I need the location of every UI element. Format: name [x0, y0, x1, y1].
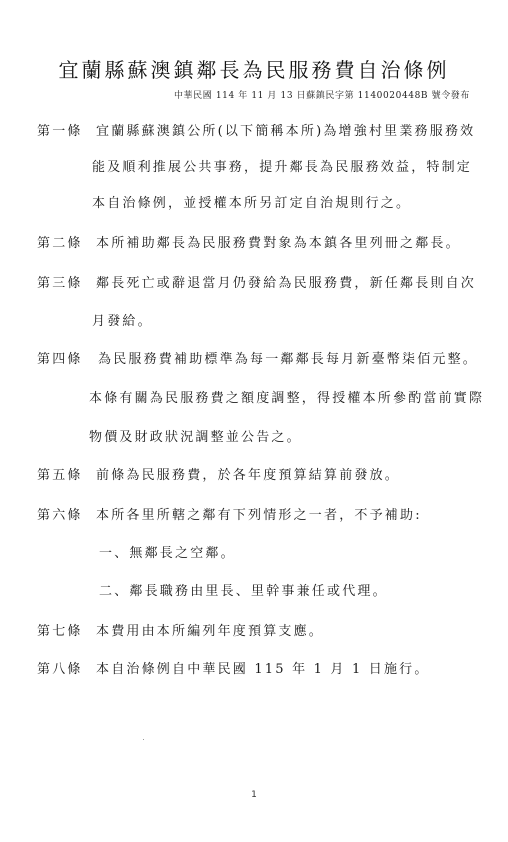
article-4-line-1: 為民服務費補助標準為每一鄰鄰長每月新臺幣柒佰元整。 [98, 352, 478, 368]
article-3-label: 第三條 [37, 276, 83, 292]
article-3-line-2: 月發給。 [92, 314, 153, 330]
article-1-line-1: 宜蘭縣蘇澳鎮公所(以下簡稱本所)為增強村里業務服務效 [96, 124, 475, 140]
article-3-line-1: 鄰長死亡或辭退當月仍發給為民服務費，新任鄰長則自次 [96, 276, 476, 292]
article-2-label: 第二條 [37, 236, 83, 252]
article-1-line-3: 本自治條例，並授權本所另訂定自治規則行之。 [92, 196, 411, 212]
document-page: 宜蘭縣蘇澳鎮鄰長為民服務費自治條例 中華民國 114 年 11 月 13 日蘇鎮… [0, 0, 508, 842]
article-5-label: 第五條 [37, 468, 83, 484]
article-6-item-2: 二、鄰長職務由里長、里幹事兼任或代理。 [99, 584, 388, 600]
article-7-line-1: 本費用由本所編列年度預算支應。 [96, 624, 324, 640]
stray-mark [143, 739, 144, 740]
article-5-line-1: 前條為民服務費，於各年度預算結算前發放。 [96, 468, 400, 484]
article-4-label: 第四條 [37, 352, 83, 368]
article-8-line-1: 本自治條例自中華民國 115 年 1 月 1 日施行。 [96, 662, 430, 678]
article-6-line-1: 本所各里所轄之鄰有下列情形之一者，不予補助: [96, 508, 422, 524]
article-7-label: 第七條 [37, 624, 83, 640]
article-1-label: 第一條 [37, 124, 83, 140]
article-4-line-2: 本條有關為民服務費之額度調整，得授權本所參酌當前實際 [89, 391, 484, 407]
article-8-label: 第八條 [37, 662, 83, 678]
promulgation-notice: 中華民國 114 年 11 月 13 日蘇鎮民字第 1140020448B 號令… [174, 88, 470, 101]
article-6-item-1: 一、無鄰長之空鄰。 [99, 546, 236, 562]
article-4-line-3: 物價及財政狀況調整並公告之。 [89, 430, 302, 446]
article-2-line-1: 本所補助鄰長為民服務費對象為本鎮各里列冊之鄰長。 [96, 236, 461, 252]
article-1-line-2: 能及順利推展公共事務，提升鄰長為民服務效益，特制定 [92, 160, 472, 176]
article-6-label: 第六條 [37, 508, 83, 524]
document-title: 宜蘭縣蘇澳鎮鄰長為民服務費自治條例 [0, 54, 508, 83]
page-number: 1 [0, 790, 508, 800]
